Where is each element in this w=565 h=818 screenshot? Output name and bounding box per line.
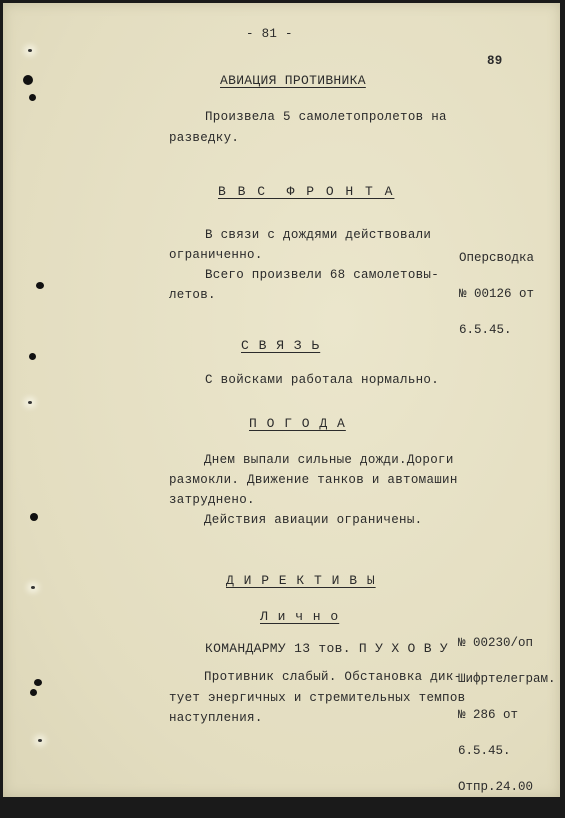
margin-note-cipher-telegram: № 00230/оп Шифртелеграм. № 286 от 6.5.45… [458,613,556,800]
paragraph-line: размокли. Движение танков и автомашин [169,473,458,487]
margin-note-operational-report: Оперсводка № 00126 от 6.5.45. [459,228,534,360]
margin-note-line: 6.5.45. [459,324,534,336]
binder-hole [30,689,37,696]
margin-note-line: 6.5.45. [458,745,556,757]
paragraph-line: Произвела 5 самолетопролетов на [205,110,447,124]
paragraph-line: Противник слабый. Обстановка дик- [204,670,461,684]
page-number: - 81 - [246,27,293,41]
binder-hole-mark [28,49,32,52]
heading-communications: С В Я З Ь [241,338,320,353]
heading-weather: П О Г О Д А [249,416,346,431]
heading-enemy-aviation: АВИАЦИЯ ПРОТИВНИКА [220,73,366,88]
binder-hole [34,679,42,686]
margin-note-line: № 286 от [458,709,556,721]
paragraph-line: ограниченно. [169,248,263,262]
paragraph-line: Действия авиации ограничены. [204,513,422,527]
paragraph-line: Днем выпали сильные дожди.Дороги [204,453,454,467]
paragraph-line: летов. [169,288,216,302]
heading-front-air-force: В В С Ф Р О Н Т А [218,184,394,199]
binder-hole-mark [38,739,42,742]
paragraph-line: Всего произвели 68 самолетовы- [205,268,439,282]
paragraph-line: В связи с дождями действовали [205,228,431,242]
subheading-personally: Л и ч н о [260,609,339,624]
margin-note-line: № 00230/оп [458,637,556,649]
archive-mark: 89 [487,54,503,68]
binder-hole [23,75,33,85]
margin-note-line: Отпр.24.00 [458,781,556,793]
binder-hole [29,353,36,360]
paragraph-line: разведку. [169,131,239,145]
margin-note-line: Шифртелеграм. [458,673,556,685]
margin-note-line: Оперсводка [459,252,534,264]
addressee: КОМАНДАРМУ 13 тов. П У Х О В У [205,641,448,656]
paragraph-line: С войсками работала нормально. [205,373,439,387]
binder-hole [29,94,36,101]
paragraph-line: наступления. [169,711,263,725]
binder-hole [36,282,44,289]
binder-hole-mark [28,401,32,404]
binder-hole-mark [31,586,35,589]
paragraph-line: затруднено. [169,493,255,507]
paragraph-line: тует энергичных и стремительных темпов [169,691,465,705]
document-page: - 81 - 89 АВИАЦИЯ ПРОТИВНИКА Произвела 5… [3,3,560,797]
binder-hole [30,513,38,521]
heading-directives: Д И Р Е К Т И В Ы [226,573,376,588]
margin-note-line: № 00126 от [459,288,534,300]
